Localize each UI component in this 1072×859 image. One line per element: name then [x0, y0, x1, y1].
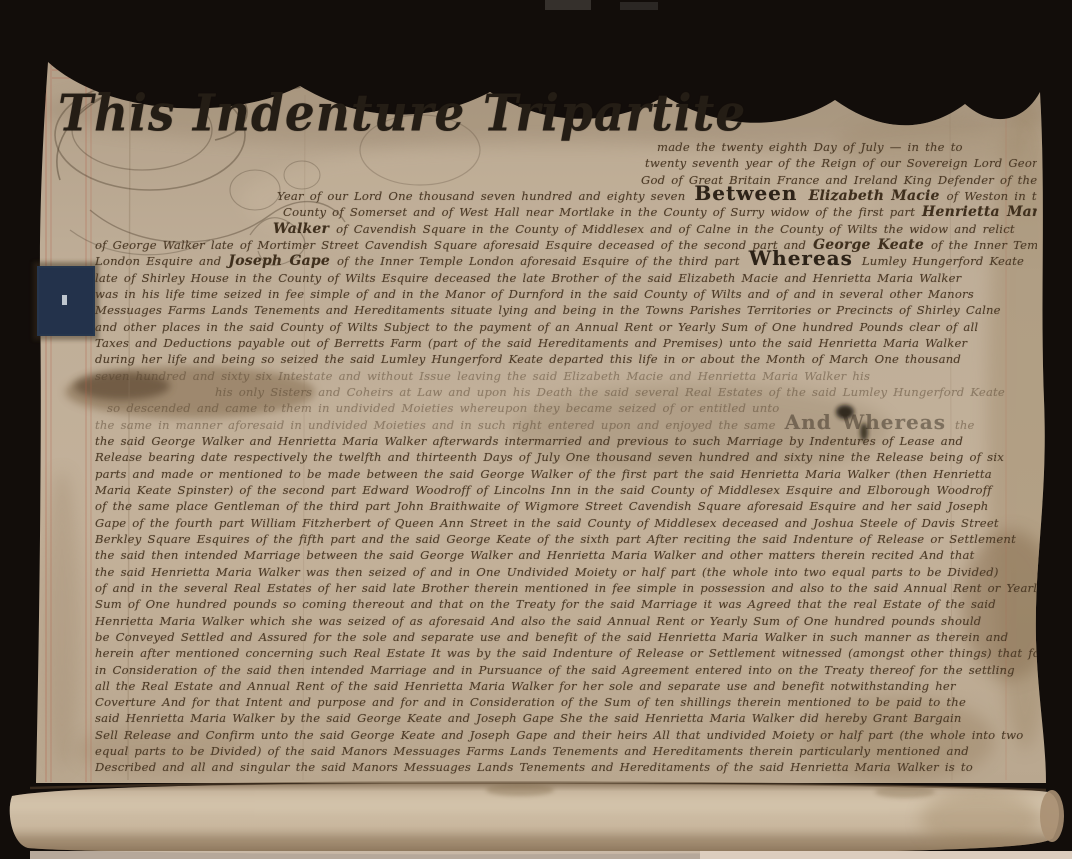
manuscript-line: Walker of Cavendish Square in the County… — [95, 221, 1037, 237]
text-run: made the twenty eighth Day of July — in … — [657, 140, 963, 154]
manuscript-line: Berkley Square Esquires of the fifth par… — [95, 531, 1037, 547]
text-run: the said Henrietta Maria Walker was then… — [95, 565, 999, 579]
name-emphasis: Henrietta Maria — [921, 204, 1037, 220]
manuscript-line: the said then intended Marriage between … — [95, 547, 1037, 563]
manuscript-line: London Esquire and Joseph Gape of the In… — [95, 253, 1037, 269]
text-run: of the Inner Temple London aforesaid Esq… — [331, 254, 746, 268]
text-run: Year of our Lord One thousand seven hund… — [277, 189, 691, 203]
text-run: Coverture And for that Intent and purpos… — [95, 695, 966, 709]
manuscript-line: of and in the several Real Estates of he… — [95, 580, 1037, 596]
manuscript-line: Year of our Lord One thousand seven hund… — [95, 188, 1037, 204]
manuscript-line: Sum of One hundred pounds so coming ther… — [95, 596, 1037, 612]
name-emphasis: Joseph Gape — [227, 253, 331, 269]
manuscript-line: his only Sisters and Coheirs at Law and … — [95, 384, 1037, 400]
manuscript-line: parts and made or mentioned to be made b… — [95, 466, 1037, 482]
manuscript-line: Sell Release and Confirm unto the said G… — [95, 727, 1037, 743]
text-run: of Weston in the — [941, 189, 1037, 203]
text-run: equal parts to be Divided) of the said M… — [95, 744, 969, 758]
text-run: Taxes and Deductions payable out of Berr… — [95, 336, 967, 350]
text-run: Berkley Square Esquires of the fifth par… — [95, 532, 1016, 546]
manuscript-line: the same in manner aforesaid in undivide… — [95, 417, 1037, 433]
text-run: the — [949, 418, 975, 432]
manuscript-text-layer: This Indenture Tripartite made the twent… — [0, 0, 1072, 859]
manuscript-body: made the twenty eighth Day of July — in … — [95, 139, 1037, 781]
manuscript-line: and other places in the said County of W… — [95, 319, 1037, 335]
text-run: County of Somerset and of West Hall near… — [283, 205, 921, 219]
text-run: late of Shirley House in the County of W… — [95, 271, 961, 285]
text-run: his only Sisters and Coheirs at Law and … — [215, 385, 1005, 399]
manuscript-line: during her life and being so seized the … — [95, 351, 1037, 367]
text-run: of the same place Gentleman of the third… — [95, 499, 988, 513]
manuscript-line: equal parts to be Divided) of the said M… — [95, 743, 1037, 759]
text-run: of George Walker late of Mortimer Street… — [95, 238, 812, 252]
display-word: Whereas — [746, 246, 856, 270]
display-word: Between — [691, 181, 800, 205]
text-run: of the Inner Temple — [925, 238, 1037, 252]
manuscript-line: County of Somerset and of West Hall near… — [95, 204, 1037, 220]
manuscript-line: in Consideration of the said then intend… — [95, 662, 1037, 678]
photograph-of-indenture: This Indenture Tripartite made the twent… — [0, 0, 1072, 859]
manuscript-line: Release bearing date respectively the tw… — [95, 449, 1037, 465]
manuscript-line: said Henrietta Maria Walker by the said … — [95, 710, 1037, 726]
manuscript-line: herein after mentioned concerning such R… — [95, 645, 1037, 661]
manuscript-line: Messuages Farms Lands Tenements and Here… — [95, 302, 1037, 318]
manuscript-line: God of Great Britain France and Ireland … — [95, 172, 1037, 188]
manuscript-line: of the same place Gentleman of the third… — [95, 498, 1037, 514]
text-run: Messuages Farms Lands Tenements and Here… — [95, 303, 1001, 317]
manuscript-line: seven hundred and sixty six Intestate an… — [95, 368, 1037, 384]
text-run: Sum of One hundred pounds so coming ther… — [95, 597, 996, 611]
text-run: seven hundred and sixty six Intestate an… — [95, 369, 870, 383]
manuscript-line: Coverture And for that Intent and purpos… — [95, 694, 1037, 710]
text-run: Maria Keate Spinster) of the second part… — [95, 483, 992, 497]
manuscript-line: the said George Walker and Henrietta Mar… — [95, 433, 1037, 449]
text-run: Described and all and singular the said … — [95, 760, 973, 774]
text-run: in Consideration of the said then intend… — [95, 663, 1015, 677]
text-run: Lumley Hungerford Keate — [856, 254, 1024, 268]
text-run: be Conveyed Settled and Assured for the … — [95, 630, 1008, 644]
manuscript-line: all the Real Estate and Annual Rent of t… — [95, 678, 1037, 694]
text-run: London Esquire and — [95, 254, 227, 268]
manuscript-line: be Conveyed Settled and Assured for the … — [95, 629, 1037, 645]
manuscript-line: twenty seventh year of the Reign of our … — [95, 155, 1037, 171]
indenture-heading: This Indenture Tripartite — [58, 84, 746, 143]
text-run: so descended and came to them in undivid… — [107, 401, 779, 415]
manuscript-line: late of Shirley House in the County of W… — [95, 270, 1037, 286]
text-run: was in his life time seized in fee simpl… — [95, 287, 974, 301]
manuscript-line: was in his life time seized in fee simpl… — [95, 286, 1037, 302]
text-run: during her life and being so seized the … — [95, 352, 961, 366]
name-emphasis: Walker — [272, 221, 330, 237]
text-run: the said then intended Marriage between … — [95, 548, 975, 562]
display-word: And Whereas — [782, 410, 949, 434]
text-run: the same in manner aforesaid in undivide… — [95, 418, 782, 432]
manuscript-line: of George Walker late of Mortimer Street… — [95, 237, 1037, 253]
manuscript-line: the said Henrietta Maria Walker was then… — [95, 564, 1037, 580]
manuscript-line: Maria Keate Spinster) of the second part… — [95, 482, 1037, 498]
manuscript-line: Described and all and singular the said … — [95, 759, 1037, 775]
text-run: parts and made or mentioned to be made b… — [95, 467, 992, 481]
text-run: Henrietta Maria Walker which she was sei… — [95, 614, 981, 628]
text-run: twenty seventh year of the Reign of our … — [645, 156, 1037, 170]
manuscript-line: Gape of the fourth part William Fitzherb… — [95, 515, 1037, 531]
text-run: Sell Release and Confirm unto the said G… — [95, 728, 1023, 742]
text-run: the said George Walker and Henrietta Mar… — [95, 434, 963, 448]
text-run: herein after mentioned concerning such R… — [95, 646, 1037, 660]
text-run: and other places in the said County of W… — [95, 320, 978, 334]
text-run: Gape of the fourth part William Fitzherb… — [95, 516, 999, 530]
manuscript-line: Henrietta Maria Walker which she was sei… — [95, 613, 1037, 629]
text-run: of Cavendish Square in the County of Mid… — [330, 222, 1015, 236]
text-run: of and in the several Real Estates of he… — [95, 581, 1037, 595]
text-run: Release bearing date respectively the tw… — [95, 450, 1004, 464]
text-run: said Henrietta Maria Walker by the said … — [95, 711, 962, 725]
name-emphasis: Elizabeth Macie — [800, 188, 940, 204]
text-run: all the Real Estate and Annual Rent of t… — [95, 679, 956, 693]
manuscript-line: made the twenty eighth Day of July — in … — [95, 139, 1037, 155]
manuscript-line: Taxes and Deductions payable out of Berr… — [95, 335, 1037, 351]
